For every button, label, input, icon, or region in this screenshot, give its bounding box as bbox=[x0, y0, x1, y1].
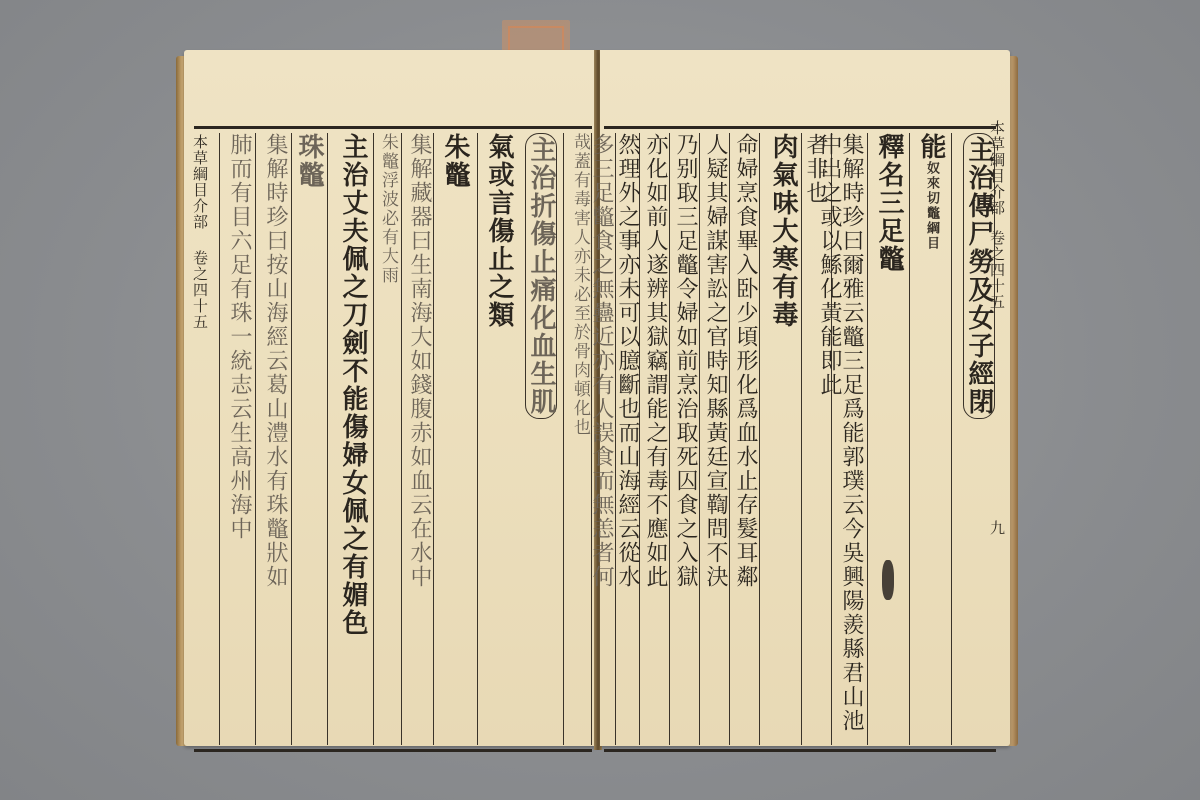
text-column: 朱鼈浮波必有大雨 bbox=[373, 133, 396, 745]
text-column: 主治傳尸勞及女子經閉 bbox=[951, 133, 992, 745]
text-column: 肺而有目六足有珠一統志云生高州海中 bbox=[219, 133, 250, 745]
text-column: 者非也 bbox=[801, 133, 826, 745]
text-column: 哉蓋有毒害人亦未必至於骨肉頓化也 bbox=[563, 133, 588, 745]
text-column: 主治折傷止痛化血生肌 bbox=[520, 133, 554, 745]
margin-volume: 卷之四十五 bbox=[190, 250, 211, 330]
text-column: 命婦烹食畢入卧少頃形化爲血水止存髮耳鄰 bbox=[729, 133, 756, 745]
text-column: 然理外之事亦未可以臆斷也而山海經云從水 bbox=[615, 133, 638, 745]
text-column: 氣或言傷止之類 bbox=[477, 133, 512, 745]
margin-volume: 卷之四十五 bbox=[987, 230, 1008, 310]
text-column: 朱鼈 bbox=[433, 133, 468, 745]
left-page-text-frame: 哉蓋有毒害人亦未必至於骨肉頓化也 主治折傷止痛化血生肌 氣或言傷止之類 朱鼈 集… bbox=[194, 126, 592, 752]
text-column: 集解藏器曰生南海大如錢腹赤如血云在水中 bbox=[401, 133, 430, 745]
margin-title: 本草綱目介部 bbox=[987, 120, 1008, 216]
text-column: 乃别取三足鼈令婦如前烹治取死囚食之入獄 bbox=[669, 133, 696, 745]
margin-folio: 九 bbox=[987, 520, 1008, 536]
ink-blot bbox=[882, 560, 894, 600]
text-column: 集解時珍曰按山海經云葛山澧水有珠鼈狀如 bbox=[255, 133, 286, 745]
left-page: 哉蓋有毒害人亦未必至於骨肉頓化也 主治折傷止痛化血生肌 氣或言傷止之類 朱鼈 集… bbox=[184, 50, 596, 746]
open-book: 哉蓋有毒害人亦未必至於骨肉頓化也 主治折傷止痛化血生肌 氣或言傷止之類 朱鼈 集… bbox=[176, 50, 1018, 750]
text-column: 釋名三足鼈 bbox=[867, 133, 902, 745]
text-column: 集解時珍曰爾雅云鼈三足爲能郭璞云今吳興陽羨縣君山池中出之或以鯀化黃能即此 bbox=[831, 133, 862, 745]
entry-heading: 能 bbox=[916, 133, 946, 161]
text-column: 人疑其婦謀害訟之官時知縣黃廷宣鞫問不決 bbox=[699, 133, 726, 745]
text-column: 肉氣味大寒有毒 bbox=[759, 133, 796, 745]
margin-title: 本草綱目介部 bbox=[190, 134, 211, 230]
text-column: 多三足鼈食之無蠱近亦有人誤食而無恙者何 bbox=[591, 133, 612, 745]
text-column: 能奴來切鼈綱目 bbox=[909, 133, 944, 745]
section-marker: 主治折傷止痛化血生肌 bbox=[525, 133, 557, 419]
text-column: 主治丈夫佩之刀劍不能傷婦女佩之有媚色 bbox=[327, 133, 366, 745]
right-page-text-frame: 主治傳尸勞及女子經閉 能奴來切鼈綱目 釋名三足鼈 集解時珍曰爾雅云鼈三足爲能郭璞… bbox=[604, 126, 996, 752]
text-column: 亦化如前人遂辨其獄竊謂能之有毒不應如此 bbox=[639, 133, 666, 745]
source-note: 鼈綱目 bbox=[924, 206, 939, 251]
right-page: 主治傳尸勞及女子經閉 能奴來切鼈綱目 釋名三足鼈 集解時珍曰爾雅云鼈三足爲能郭璞… bbox=[600, 50, 1010, 746]
pronunciation-note: 奴來切 bbox=[924, 161, 939, 206]
text-column: 珠鼈 bbox=[291, 133, 322, 745]
